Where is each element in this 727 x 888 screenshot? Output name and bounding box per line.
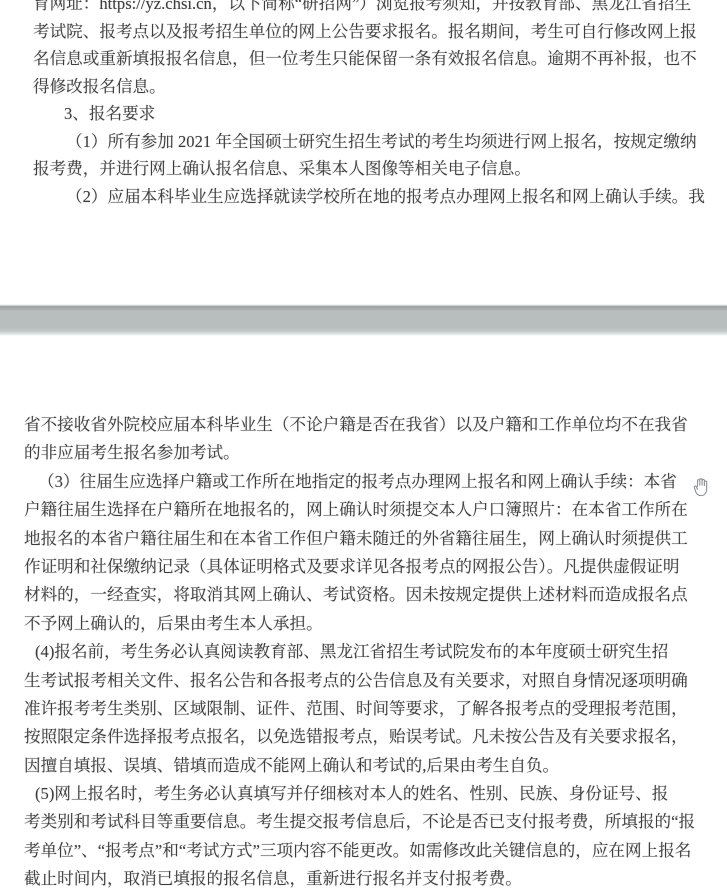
text-line: 作证明和社保缴纳记录（具体证明格式及要求详见各报考点的网报公告）。凡提供虚假证明 — [24, 553, 719, 581]
text-line: 准许报考考生类别、区域限制、证件、范围、时间等要求，了解各报考点的受理报考范围， — [24, 695, 719, 723]
text-line-heading: 3、报名要求 — [33, 100, 713, 128]
text-line: 生考试报考相关文件、报名公告和各报考点的公告信息及有关要求，对照自身情况逐项明确 — [24, 667, 719, 695]
text-line: 户籍往届生选择在户籍所在地报名的，网上确认时须提交本人户口簿照片：在本省工作所在 — [24, 496, 719, 524]
page-2-text-block: 省不接收省外院校应届本科毕业生（不论户籍是否在我省）以及户籍和工作单位均不在我省… — [24, 411, 719, 888]
text-line: 育网址：https://yz.chsi.cn，以下简称“研招网”）浏览报考须知，… — [33, 0, 713, 18]
page-separator — [0, 304, 727, 336]
text-line: 按照限定条件选择报考点报名，以免选错报考点，贻误考试。凡未按公告及有关要求报名， — [24, 723, 719, 751]
text-line: （1）所有参加 2021 年全国硕士研究生招生考试的考生均须进行网上报名，按规定… — [33, 128, 713, 156]
document-viewport[interactable]: 育网址：https://yz.chsi.cn，以下简称“研招网”）浏览报考须知，… — [0, 0, 727, 888]
page-1-text-block: 育网址：https://yz.chsi.cn，以下简称“研招网”）浏览报考须知，… — [33, 0, 713, 210]
text-line: （3）往届生应选择户籍或工作所在地指定的报考点办理网上报名和网上确认手续：本省 — [24, 468, 719, 496]
text-line: (4)报名前，考生务必认真阅读教育部、黑龙江省招生考试院发布的本年度硕士研究生招 — [24, 638, 719, 666]
text-line: 省不接收省外院校应届本科毕业生（不论户籍是否在我省）以及户籍和工作单位均不在我省 — [24, 411, 719, 439]
text-line: 考类别和考试科目等重要信息。考生提交报考信息后，不论是否已支付报考费，所填报的“… — [24, 808, 719, 836]
text-line: 报考费，并进行网上确认报名信息、采集本人图像等相关电子信息。 — [33, 155, 713, 183]
text-line: 因擅自填报、误填、错填而造成不能网上确认和考试的,后果由考生自负。 — [24, 752, 719, 780]
text-line: 材料的，一经查实，将取消其网上确认、考试资格。因未按规定提供上述材料而造成报名点 — [24, 581, 719, 609]
text-line: 的非应届考生报名参加考试。 — [24, 439, 719, 467]
text-line: 地报名的本省户籍往届生和在本省工作但户籍未随迁的外省籍往届生，网上确认时须提供工 — [24, 525, 719, 553]
text-line: （2）应届本科毕业生应选择就读学校所在地的报考点办理网上报名和网上确认手续。我 — [33, 183, 713, 211]
text-line: 得修改报名信息。 — [33, 73, 713, 101]
text-line: (5)网上报名时，考生务必认真填写并仔细核对本人的姓名、性别、民族、身份证号、报 — [24, 780, 719, 808]
text-line: 不予网上确认的，后果由考生本人承担。 — [24, 610, 719, 638]
text-line: 截止时间内，取消已填报的报名信息，重新进行报名并支付报考费。 — [24, 865, 719, 888]
text-line: 考单位”、“报考点”和“考试方式”三项内容不能更改。如需修改此关键信息的，应在网… — [24, 837, 719, 865]
text-line: 考试院、报考点以及报考招生单位的网上公告要求报名。报名期间，考生可自行修改网上报 — [33, 18, 713, 46]
text-line: 名信息或重新填报报名信息，但一位考生只能保留一条有效报名信息。逾期不再补报，也不 — [33, 45, 713, 73]
hand-grab-cursor — [690, 475, 712, 499]
